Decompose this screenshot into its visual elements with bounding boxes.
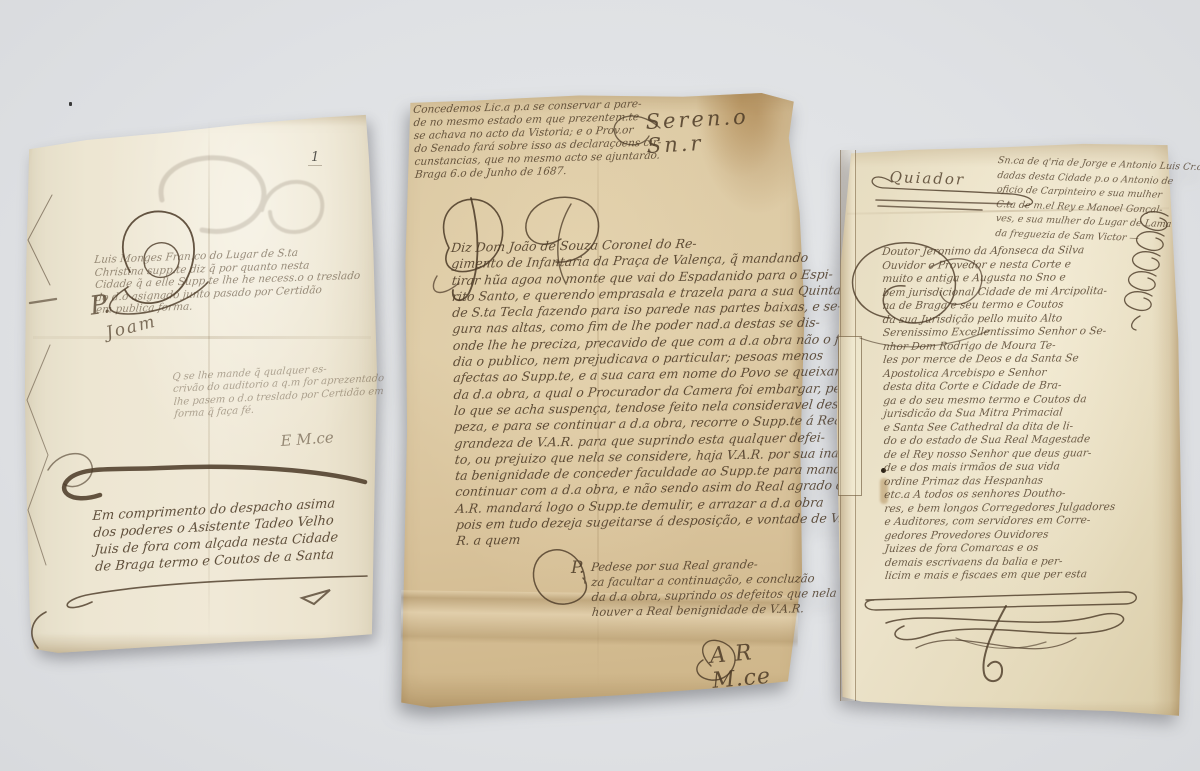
provision-body-text: Doutor Jeronimo da Afonseca da SilvaOuvi… [882,244,1135,584]
petition-body-text: Diz Dom João de Souza Coronel do Re-gime… [451,234,796,550]
request-text: Luis Monges Fran.co do Lugar de S.taChri… [94,245,364,317]
salutation: Seren.o Sn.r [645,102,809,158]
paper-tab [838,336,862,496]
underline-flourish-icon [52,560,372,620]
grand-flourish-icon [856,578,1146,688]
docket-word: Quiador [889,168,965,189]
photo-background: 1 Luis Monges Fran.co do Lugar de S.taCh… [0,0,1200,771]
manuscript-right: Quiador Sn.ca de q'ria de Jorge e Antoni… [826,138,1184,730]
petition-initial: P. [571,558,584,578]
petition-request-text: Pedese por sua Real grande-za facultar a… [591,556,802,620]
manuscript-middle: Concedemos Lic.a p.a se conservar a pare… [393,88,807,710]
stitch-marks-icon [22,195,62,615]
page-number: 1 [308,150,322,166]
marginal-initial: P. [88,289,112,322]
signature: A R M.ce [709,635,811,693]
dust-speck [69,102,72,106]
fold-crease [33,336,371,339]
binding-thread-icon [26,610,52,650]
manuscript-left: 1 Luis Monges Fran.co do Lugar de S.taCh… [22,110,382,655]
